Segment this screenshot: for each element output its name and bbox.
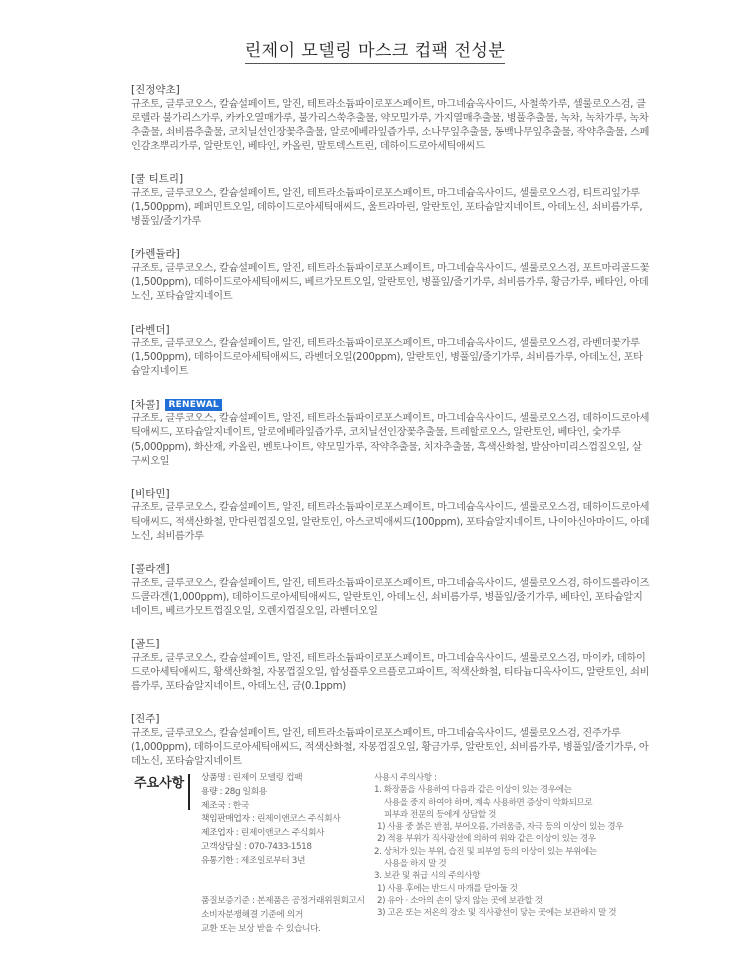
section-ingredients: 규조토, 글루코오스, 칼슘설페이트, 알진, 테트라소듐파이로포스페이트, 마…: [131, 187, 651, 230]
info-row: 제조국 : 한국: [201, 800, 340, 814]
section-title: [진주]: [131, 713, 159, 727]
section-ingredients: 규조토, 글루코오스, 칼슘설페이트, 알진, 테트라소듐파이로포스페이트, 마…: [131, 577, 651, 620]
section-lavender: [라벤더] 규조토, 글루코오스, 칼슘설페이트, 알진, 테트라소듐파이로포스…: [131, 324, 651, 380]
page-title-wrap: 린제이 모델링 마스크 컵팩 전성분: [0, 36, 750, 61]
renewal-badge: RENEWAL: [165, 399, 221, 411]
page-title: 린제이 모델링 마스크 컵팩 전성분: [245, 41, 506, 64]
section-title: [진정약초]: [131, 84, 180, 98]
section-title: [골드]: [131, 638, 159, 652]
section-calendula: [카렌듈라] 규조토, 글루코오스, 칼슘설페이트, 알진, 테트라소듐파이로포…: [131, 248, 651, 304]
section-gold: [골드] 규조토, 글루코오스, 칼슘설페이트, 알진, 테트라소듐파이로포스페…: [131, 638, 651, 694]
info-row: 상품명 : 린제이 모델링 컵팩: [201, 772, 340, 786]
section-cool-teatree: [쿨 티트리] 규조토, 글루코오스, 칼슘설페이트, 알진, 테트라소듐파이로…: [131, 173, 651, 229]
section-title: [쿨 티트리]: [131, 173, 183, 187]
section-title: [라벤더]: [131, 324, 170, 338]
section-ingredients: 규조토, 글루코오스, 칼슘설페이트, 알진, 테트라소듐파이로포스페이트, 마…: [131, 501, 651, 544]
section-title: [비타민]: [131, 488, 170, 502]
section-title: [카렌듈라]: [131, 248, 180, 262]
quality-guarantee: 품질보증기준 : 본제품은 공정거래위원회고시 소비자분쟁해결 기준에 의거 교…: [201, 895, 365, 936]
section-vitamin: [비타민] 규조토, 글루코오스, 칼슘설페이트, 알진, 테트라소듐파이로포스…: [131, 488, 651, 544]
section-ingredients: 규조토, 글루코오스, 칼슘설페이트, 알진, 테트라소듐파이로포스페이트, 마…: [131, 262, 651, 305]
ingredient-list: [진정약초] 규조토, 글루코오스, 칼슘설페이트, 알진, 테트라소듐파이로포…: [131, 84, 651, 788]
section-ingredients: 규조토, 글루코오스, 칼슘설페이트, 알진, 테트라소듐파이로포스페이트, 마…: [131, 98, 651, 155]
section-ingredients: 규조토, 글루코오스, 칼슘설페이트, 알진, 테트라소듐파이로포스페이트, 마…: [131, 727, 651, 770]
section-collagen: [콜라겐] 규조토, 글루코오스, 칼슘설페이트, 알진, 테트라소듐파이로포스…: [131, 563, 651, 619]
usage-caution: 사용시 주의사항 : 1. 화장품을 사용하여 다음과 같은 이상이 있는 경우…: [374, 772, 664, 920]
section-ingredients: 규조토, 글루코오스, 칼슘설페이트, 알진, 테트라소듐파이로포스페이트, 마…: [131, 337, 651, 380]
divider: [188, 774, 190, 810]
section-title: [차콜]: [131, 399, 159, 413]
section-ingredients: 규조토, 글루코오스, 칼슘설페이트, 알진, 테트라소듐파이로포스페이트, 마…: [131, 412, 651, 469]
info-row: 유통기한 : 제조일로부터 3년: [201, 855, 340, 869]
info-row: 책임판매업자 : 린제이앤코스 주식회사: [201, 813, 340, 827]
key-notice: 주요사항 상품명 : 린제이 모델링 컵팩 용량 : 28g 일회용 제조국 :…: [134, 772, 654, 942]
info-row: 제조업자 : 린제이앤코스 주식회사: [201, 827, 340, 841]
section-ingredients: 규조토, 글루코오스, 칼슘설페이트, 알진, 테트라소듐파이로포스페이트, 마…: [131, 652, 651, 695]
section-title: [콜라겐]: [131, 563, 170, 577]
section-charcoal: [차콜] RENEWAL 규조토, 글루코오스, 칼슘설페이트, 알진, 테트라…: [131, 399, 651, 469]
product-info: 상품명 : 린제이 모델링 컵팩 용량 : 28g 일회용 제조국 : 한국 책…: [201, 772, 340, 869]
notice-title: 주요사항: [134, 772, 184, 791]
section-pearl: [진주] 규조토, 글루코오스, 칼슘설페이트, 알진, 테트라소듐파이로포스페…: [131, 713, 651, 769]
info-row: 용량 : 28g 일회용: [201, 786, 340, 800]
info-row: 고객상담실 : 070-7433-1518: [201, 841, 340, 855]
section-calming-herb: [진정약초] 규조토, 글루코오스, 칼슘설페이트, 알진, 테트라소듐파이로포…: [131, 84, 651, 154]
